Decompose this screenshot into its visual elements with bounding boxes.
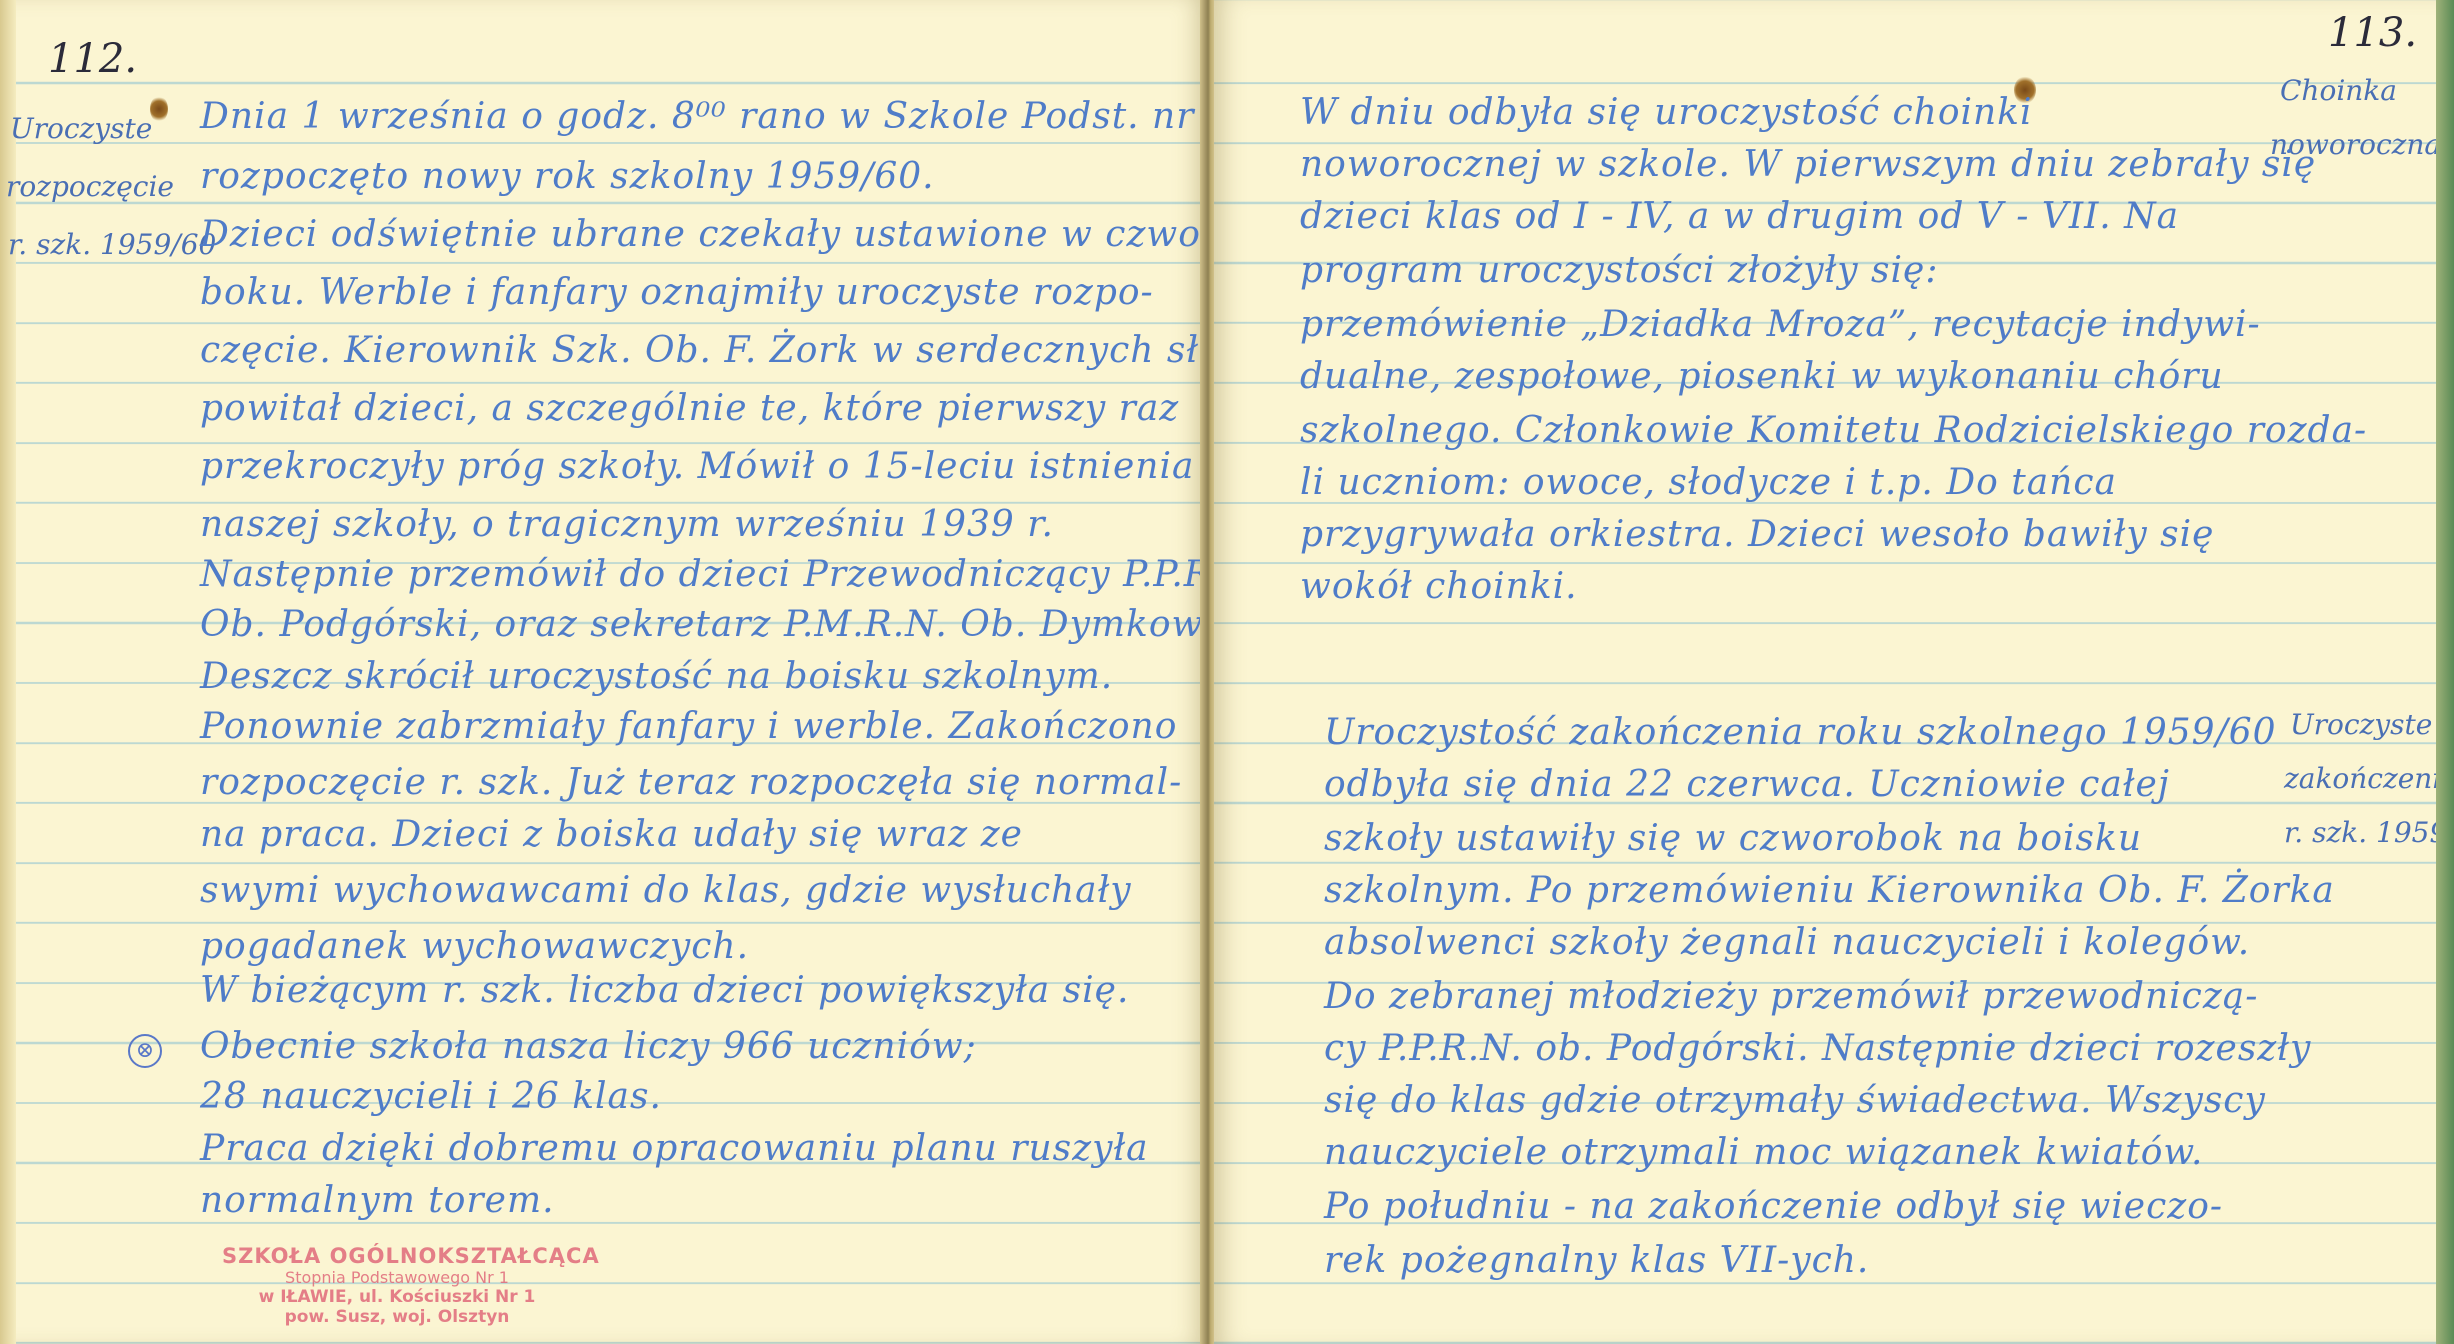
text-line: noworocznej w szkole. W pierwszym dniu z… (1300, 144, 2316, 185)
text-line: szkoły ustawiły się w czworobok na boisk… (1324, 818, 2142, 859)
text-line: pogadanek wychowawczych. (200, 926, 749, 967)
school-stamp: SZKOŁA OGÓLNOKSZTAŁCĄCA Stopnia Podstawo… (222, 1244, 572, 1327)
text-line: Do zebranej młodzieży przemówił przewodn… (1324, 976, 2258, 1017)
text-line: szkolnego. Członkowie Komitetu Rodziciel… (1300, 410, 2367, 451)
text-line: przygrywała orkiestra. Dzieci wesoło baw… (1300, 514, 2214, 555)
text-line: przemówienie „Dziadka Mroza”, recytacje … (1300, 304, 2261, 345)
text-line: boku. Werble i fanfary oznajmiły uroczys… (200, 272, 1154, 313)
ink-stain (150, 96, 168, 122)
margin-note-line: Choinka (2280, 74, 2397, 107)
text-line: Uroczystość zakończenia roku szkolnego 1… (1324, 712, 2277, 753)
text-line: Po południu - na zakończenie odbył się w… (1324, 1186, 2223, 1227)
stamp-line: w IŁAWIE, ul. Kościuszki Nr 1 (222, 1287, 572, 1307)
margin-note-line: Uroczyste (10, 112, 152, 145)
text-line: 28 nauczycieli i 26 klas. (200, 1076, 662, 1117)
text-line: odbyła się dnia 22 czerwca. Uczniowie ca… (1324, 764, 2170, 805)
text-line: Praca dzięki dobremu opracowaniu planu r… (200, 1128, 1149, 1169)
page-number-right: 113. (2328, 10, 2417, 56)
text-line: swymi wychowawcami do klas, gdzie wysłuc… (200, 870, 1132, 911)
text-line: normalnym torem. (200, 1180, 555, 1221)
margin-note-line: rozpoczęcie (6, 170, 174, 203)
cover-edge (2436, 0, 2454, 1344)
text-line: nauczyciele otrzymali moc wiązanek kwiat… (1324, 1132, 2203, 1173)
text-line: rek pożegnalny klas VII-ych. (1324, 1240, 1869, 1281)
page-number-left: 112. (48, 36, 137, 82)
text-line: przekroczyły próg szkoły. Mówił o 15-lec… (200, 446, 1194, 487)
stamp-line: pow. Susz, woj. Olsztyn (222, 1307, 572, 1327)
margin-note-line: r. szk. 1959/60 (8, 228, 216, 261)
text-line: Obecnie szkoła nasza liczy 966 uczniów; (200, 1026, 977, 1067)
text-line: powitał dzieci, a szczególnie te, które … (200, 388, 1179, 429)
text-line: częcie. Kierownik Szk. Ob. F. Żork w ser… (200, 330, 1321, 371)
text-line: rozpoczęto nowy rok szkolny 1959/60. (200, 156, 935, 197)
text-line: Deszcz skrócił uroczystość na boisku szk… (200, 656, 1113, 697)
text-line: się do klas gdzie otrzymały świadectwa. … (1324, 1080, 2266, 1121)
margin-note-line: zakończenie (2284, 762, 2454, 795)
text-line: Ob. Podgórski, oraz sekretarz P.M.R.N. O… (200, 604, 1271, 645)
text-line: szkolnym. Po przemówieniu Kierownika Ob.… (1324, 870, 2335, 911)
text-line: naszej szkoły, o tragicznym wrześniu 193… (200, 504, 1054, 545)
text-line: rozpoczęcie r. szk. Już teraz rozpoczęła… (200, 762, 1182, 803)
text-line: program uroczystości złożyły się: (1300, 250, 1938, 291)
text-line: W bieżącym r. szk. liczba dzieci powięks… (200, 970, 1129, 1011)
text-line: W dniu odbyła się uroczystość choinki (1300, 92, 2033, 133)
text-line: li uczniom: owoce, słodycze i t.p. Do ta… (1300, 462, 2117, 503)
text-line: cy P.P.R.N. ob. Podgórski. Następnie dzi… (1324, 1028, 2311, 1069)
text-line: Dnia 1 września o godz. 8⁰⁰ rano w Szkol… (200, 96, 1231, 137)
text-line: na praca. Dzieci z boiska udały się wraz… (200, 814, 1023, 855)
asterisk-circle-icon: ⊗ (128, 1034, 162, 1068)
margin-note-line: r. szk. 1959/60 (2284, 816, 2454, 849)
stamp-line: Stopnia Podstawowego Nr 1 (222, 1268, 572, 1287)
stamp-line: SZKOŁA OGÓLNOKSZTAŁCĄCA (222, 1244, 572, 1268)
text-line: absolwenci szkoły żegnali nauczycieli i … (1324, 922, 2250, 963)
margin-note-line: Uroczyste (2290, 708, 2432, 741)
text-line: dzieci klas od I - IV, a w drugim od V -… (1300, 196, 2179, 237)
text-line: Ponownie zabrzmiały fanfary i werble. Za… (200, 706, 1177, 747)
text-line: dualne, zespołowe, piosenki w wykonaniu … (1300, 356, 2224, 397)
left-page: 112. Uroczyste rozpoczęcie r. szk. 1959/… (0, 0, 1206, 1344)
text-line: wokół choinki. (1300, 566, 1578, 607)
right-page: 113. Choinka noworoczna Uroczyste zakońc… (1214, 0, 2436, 1344)
text-line: Następnie przemówił do dzieci Przewodnic… (200, 554, 1267, 595)
text-line: Dzieci odświętnie ubrane czekały ustawio… (200, 214, 1255, 255)
